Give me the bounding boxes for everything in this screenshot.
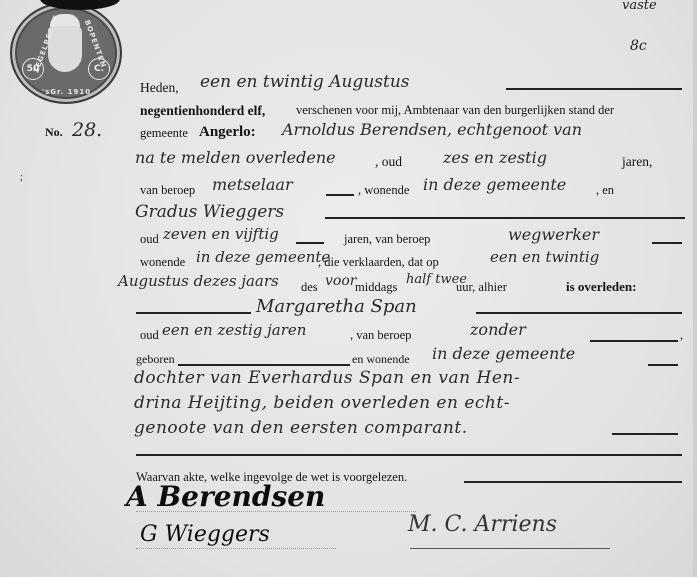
en-wonende-label: en wonende <box>352 352 410 367</box>
en-label: , en <box>596 183 614 198</box>
comma: , <box>680 328 683 343</box>
declarant2-residence: in deze gemeente <box>196 248 330 266</box>
beroep-label: van beroep <box>140 183 195 198</box>
fill-line <box>590 340 678 342</box>
margin-mark: ; <box>20 172 23 183</box>
declarant1-age: zes en zestig <box>443 148 547 167</box>
deceased-name: Margaretha Span <box>256 296 417 317</box>
gemeente-label: gemeente <box>140 126 188 141</box>
parents-line-1: dochter van Everhardus Span en van Hen- <box>134 368 520 388</box>
parents-line-3: genoote van den eersten comparant. <box>134 418 468 438</box>
signature-official: M. C. Arriens <box>408 512 557 537</box>
deceased-age: een en zestig jaren <box>162 321 306 339</box>
fill-line <box>178 364 350 366</box>
record-number-label: No. <box>45 125 63 140</box>
fill-line <box>476 312 682 314</box>
declarant1-occupation: metselaar <box>212 175 293 194</box>
official-signature-underline <box>410 548 610 549</box>
oud-label: oud <box>140 328 159 343</box>
separator-line <box>136 454 682 456</box>
time-of-day: voor <box>325 273 356 289</box>
oud-label: oud <box>140 232 159 247</box>
signature-guide <box>136 548 336 549</box>
fill-line <box>464 481 682 483</box>
margin-note-top: vaste <box>622 0 657 13</box>
revenue-stamp: ZEGELRECHT BOPENTEN 50 C. 'sGr. 1910 <box>10 2 122 104</box>
middags-label: middags <box>355 280 397 295</box>
des-label: des <box>301 280 318 295</box>
fill-line <box>612 433 678 435</box>
fill-line <box>652 242 682 244</box>
fill-line <box>325 217 685 219</box>
date-day-month: een en twintig Augustus <box>200 72 410 92</box>
declarant2-occupation: wegwerker <box>508 225 599 244</box>
wonende-label: , wonende <box>358 183 409 198</box>
deceased-residence: in deze gemeente <box>432 344 575 363</box>
beroep-label: , van beroep <box>350 328 411 343</box>
page-edge <box>693 0 697 577</box>
heden-label: Heden, <box>140 80 179 96</box>
record-number-value: 28. <box>72 119 102 141</box>
stamp-unit: C. <box>88 58 110 80</box>
signature-declarant-2: G Wieggers <box>140 522 270 547</box>
declarant1-name: Arnoldus Berendsen, echtgenoot van <box>282 120 582 139</box>
fill-line <box>296 242 324 244</box>
is-overleden-label: is overleden: <box>566 279 636 295</box>
death-date: een en twintig <box>490 248 599 266</box>
declarant2-age: zeven en vijftig <box>163 225 279 243</box>
stamp-value: 50 <box>22 58 44 80</box>
declaration-text: , die verklaarden, dat op <box>318 255 439 270</box>
declarant1-residence: in deze gemeente <box>423 175 566 194</box>
year-text: negentienhonderd elf, <box>140 103 265 119</box>
wonende-label: wonende <box>140 255 185 270</box>
occupation-label: jaren, van beroep <box>344 232 430 247</box>
uur-alhier-label: uur, alhier <box>456 280 507 295</box>
fill-line <box>506 88 682 90</box>
fill-line <box>136 312 251 314</box>
fill-line <box>326 194 354 196</box>
fill-line <box>648 364 678 366</box>
signature-declarant-1: A Berendsen <box>126 480 325 513</box>
geboren-label: geboren <box>136 352 175 367</box>
municipality-name: Angerlo: <box>199 124 256 141</box>
death-month-year: Augustus dezes jaars <box>118 272 279 290</box>
jaren-label: jaren, <box>622 154 652 170</box>
civil-record-page: ZEGELRECHT BOPENTEN 50 C. 'sGr. 1910 vas… <box>0 0 697 577</box>
declarant2-name: Gradus Wieggers <box>135 202 284 222</box>
margin-note-second: 8c <box>630 38 647 54</box>
stamp-bottom-text: 'sGr. 1910 <box>42 88 91 96</box>
relation-text: na te melden overledene <box>135 148 336 167</box>
oud-label: , oud <box>375 154 402 170</box>
deceased-occupation: zonder <box>470 320 526 339</box>
parents-line-2: drina Heijting, beiden overleden en echt… <box>134 393 510 413</box>
appearance-text: verschenen voor mij, Ambtenaar van den b… <box>296 103 614 118</box>
